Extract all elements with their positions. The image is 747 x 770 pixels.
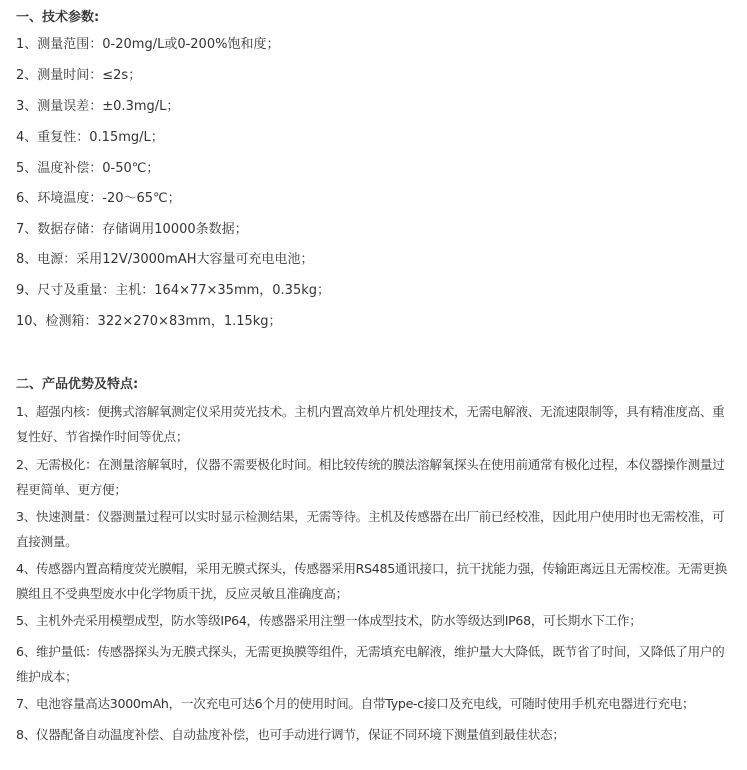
spec-item: 7、数据存储：存储调用10000条数据；: [16, 221, 248, 239]
feature-item: 6、维护量低：传感器探头为无膜式探头，无需更换膜等组件，无需填充电解液，维护量大…: [16, 639, 732, 689]
section-heading-tech-params: 一、技术参数:: [16, 6, 99, 25]
feature-item: 8、仪器配备自动温度补偿、自动盐度补偿，也可手动进行调节，保证不同环境下测量值到…: [16, 722, 732, 747]
spec-item: 10、检测箱：322×270×83mm，1.15kg；: [16, 313, 282, 331]
feature-item: 1、超强内核：便携式溶解氧测定仪采用荧光技术。主机内置高效单片机处理技术，无需电…: [16, 399, 732, 449]
feature-item: 4、传感器内置高精度荧光膜帽，采用无膜式探头，传感器采用RS485通讯接口，抗干…: [16, 556, 732, 606]
feature-item: 2、无需极化：在测量溶解氧时，仪器不需要极化时间。相比较传统的膜法溶解氧探头在使…: [16, 452, 732, 502]
spec-item: 8、电源：采用12V/3000mAH大容量可充电电池；: [16, 251, 314, 269]
spec-item: 6、环境温度：-20～65℃；: [16, 190, 181, 208]
spec-item: 1、测量范围：0-20mg/L或0-200%饱和度；: [16, 36, 279, 54]
spec-item: 3、测量误差：±0.3mg/L；: [16, 98, 179, 116]
section-heading-advantages: 二、产品优势及特点:: [16, 373, 138, 392]
spec-item: 9、尺寸及重量：主机：164×77×35mm，0.35kg；: [16, 282, 330, 300]
spec-item: 2、测量时间：≤2s；: [16, 67, 141, 85]
feature-item: 7、电池容量高达3000mAh，一次充电可达6个月的使用时间。自带Type-c接…: [16, 691, 732, 716]
spec-item: 5、温度补偿：0-50℃；: [16, 160, 159, 178]
spec-item: 4、重复性：0.15mg/L；: [16, 129, 164, 147]
feature-item: 3、快速测量：仪器测量过程可以实时显示检测结果，无需等待。主机及传感器在出厂前已…: [16, 504, 732, 554]
feature-item: 5、主机外壳采用模塑成型，防水等级IP64，传感器采用注塑一体成型技术，防水等级…: [16, 608, 732, 633]
